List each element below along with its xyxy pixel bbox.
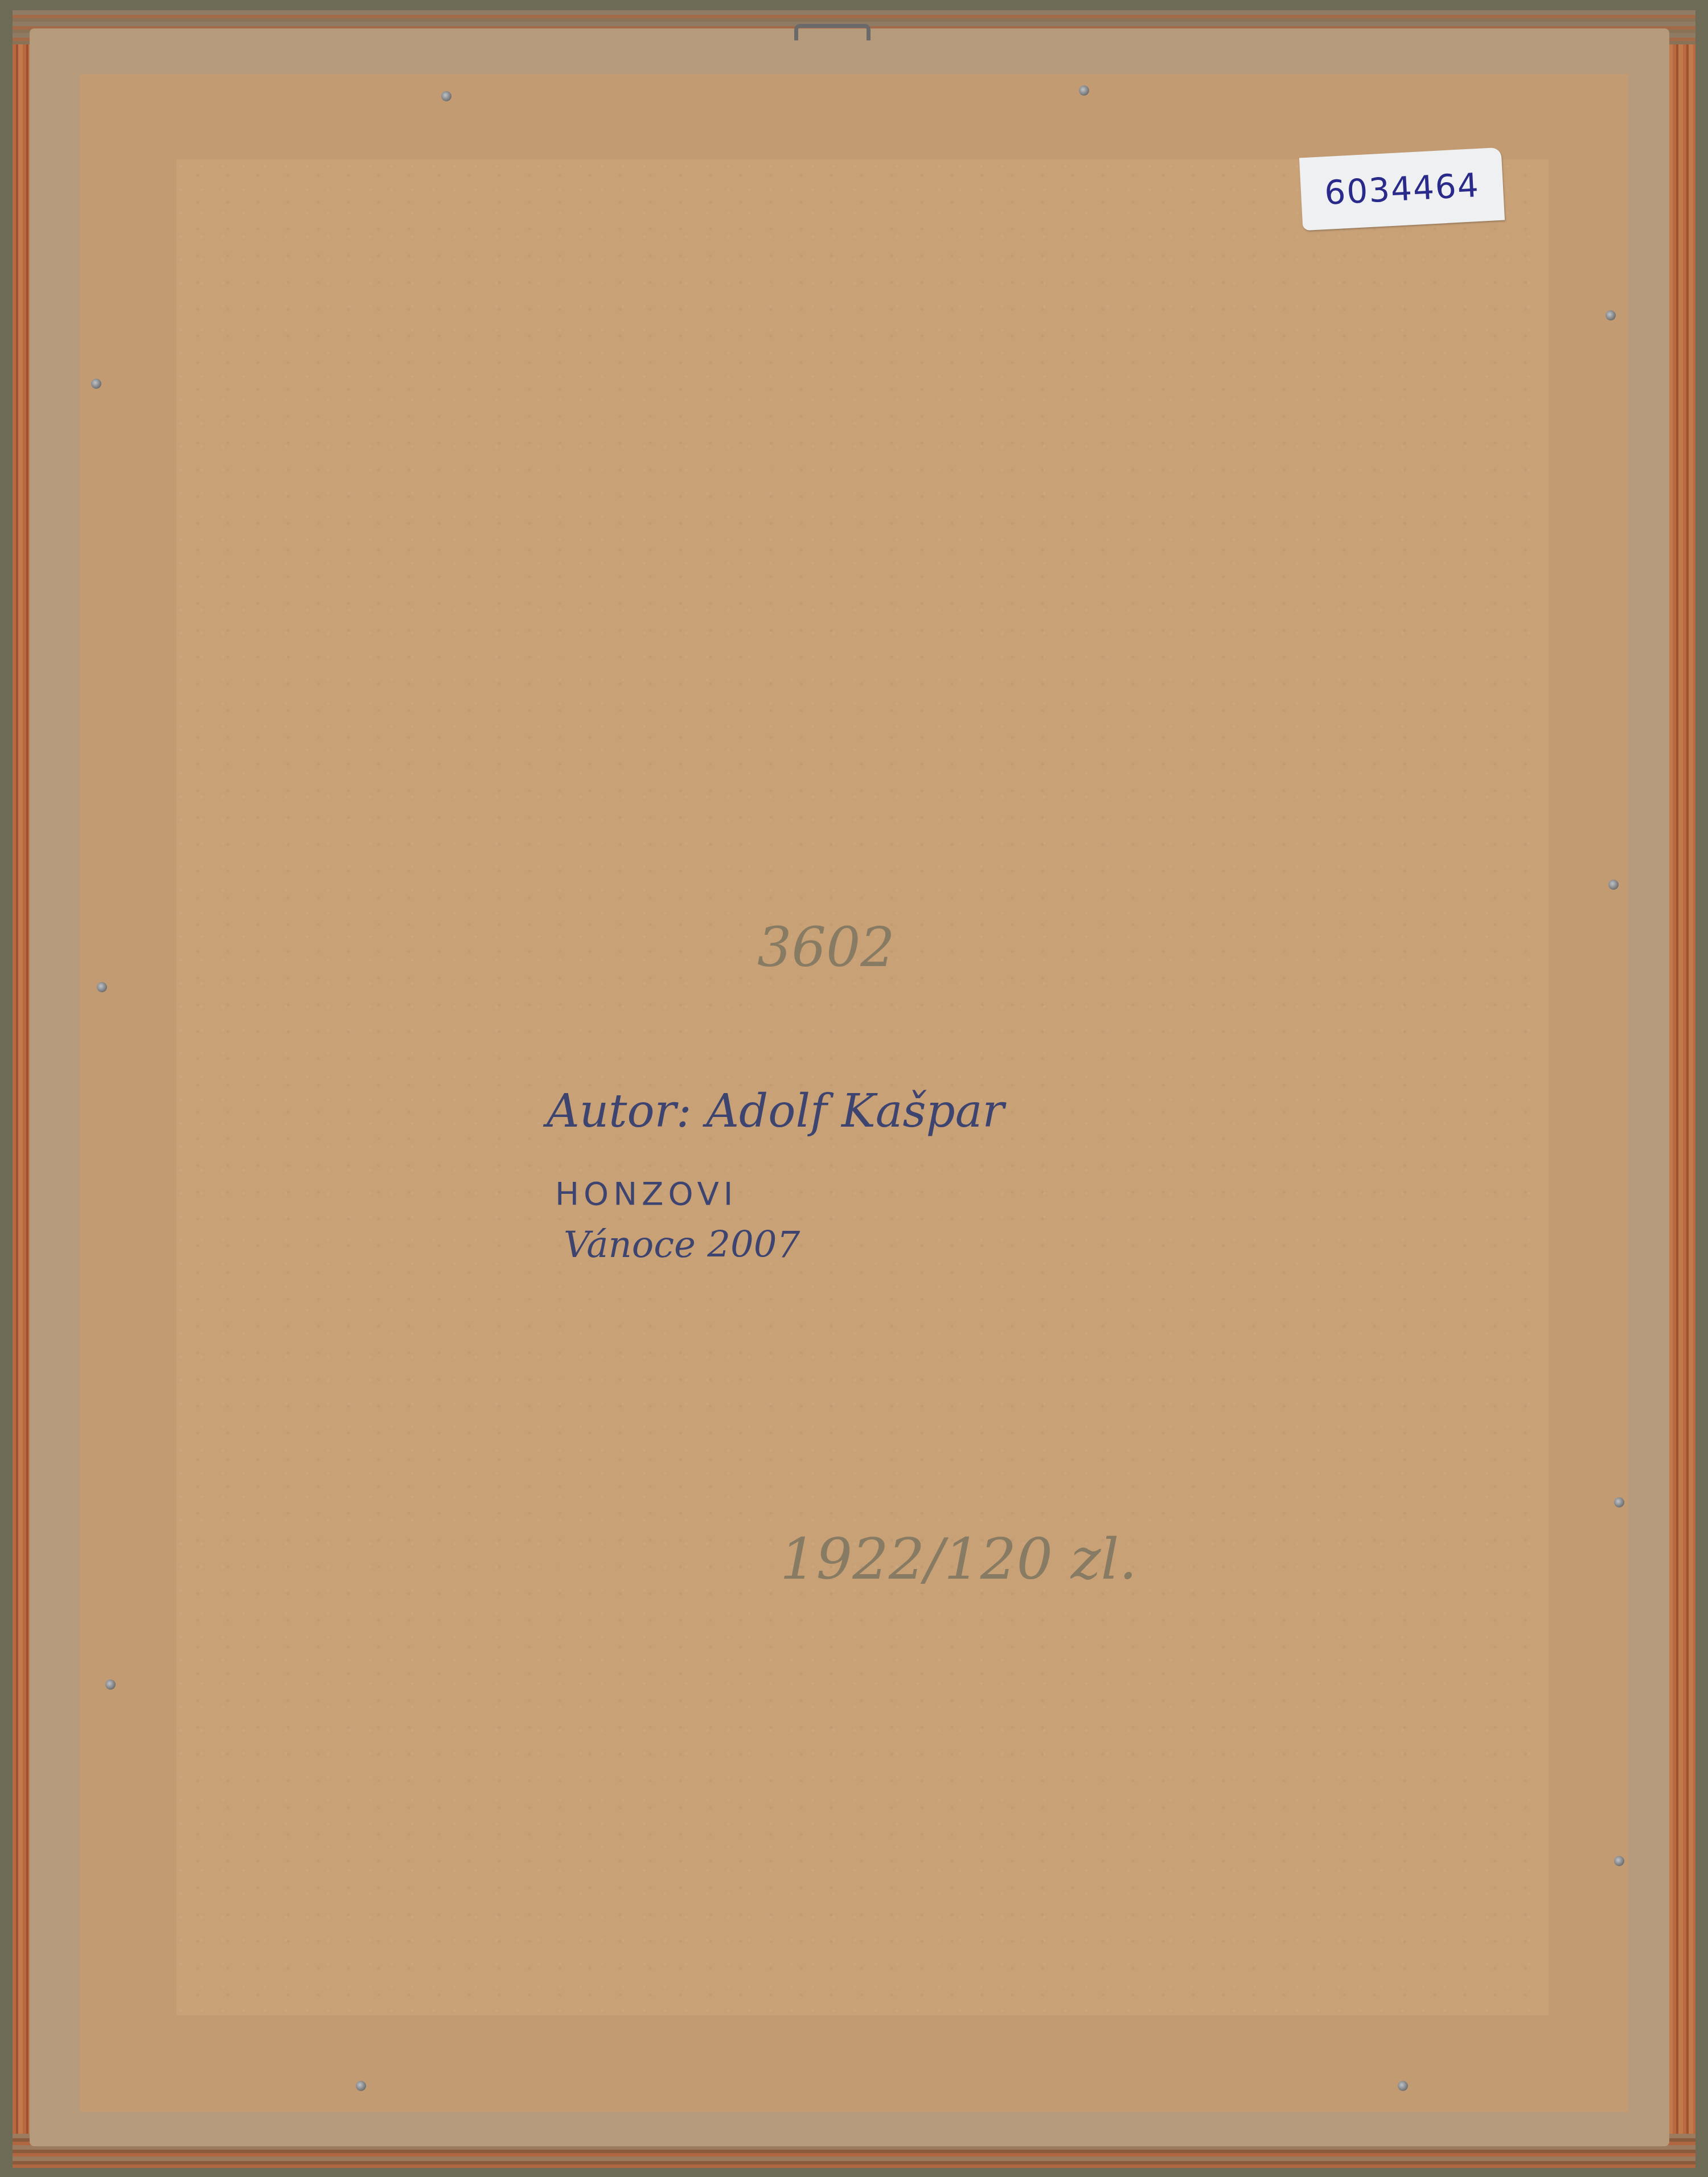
nail-icon <box>105 1679 116 1690</box>
nail-icon <box>1398 2081 1408 2091</box>
inventory-sticker: 6034464 <box>1299 147 1505 231</box>
nail-icon <box>91 379 101 389</box>
sticker-number: 6034464 <box>1324 166 1480 212</box>
nail-icon <box>441 91 451 101</box>
hanger-bracket-icon <box>794 24 871 40</box>
nail-icon <box>97 982 107 992</box>
nail-icon <box>1614 1856 1624 1866</box>
nail-icon <box>1606 310 1616 321</box>
nail-icon <box>1608 880 1619 890</box>
nail-icon <box>356 2081 366 2091</box>
author-note: Autor: Adolf Kašpar <box>547 1085 1004 1137</box>
nail-icon <box>1079 85 1089 96</box>
pencil-inventory-note: 1922/120 zl. <box>780 1526 1137 1592</box>
occasion-note: Vánoce 2007 <box>564 1224 800 1266</box>
pencil-number-top: 3602 <box>757 917 895 979</box>
dedication-note: HONZOVI <box>555 1176 737 1213</box>
nail-icon <box>1614 1497 1624 1508</box>
